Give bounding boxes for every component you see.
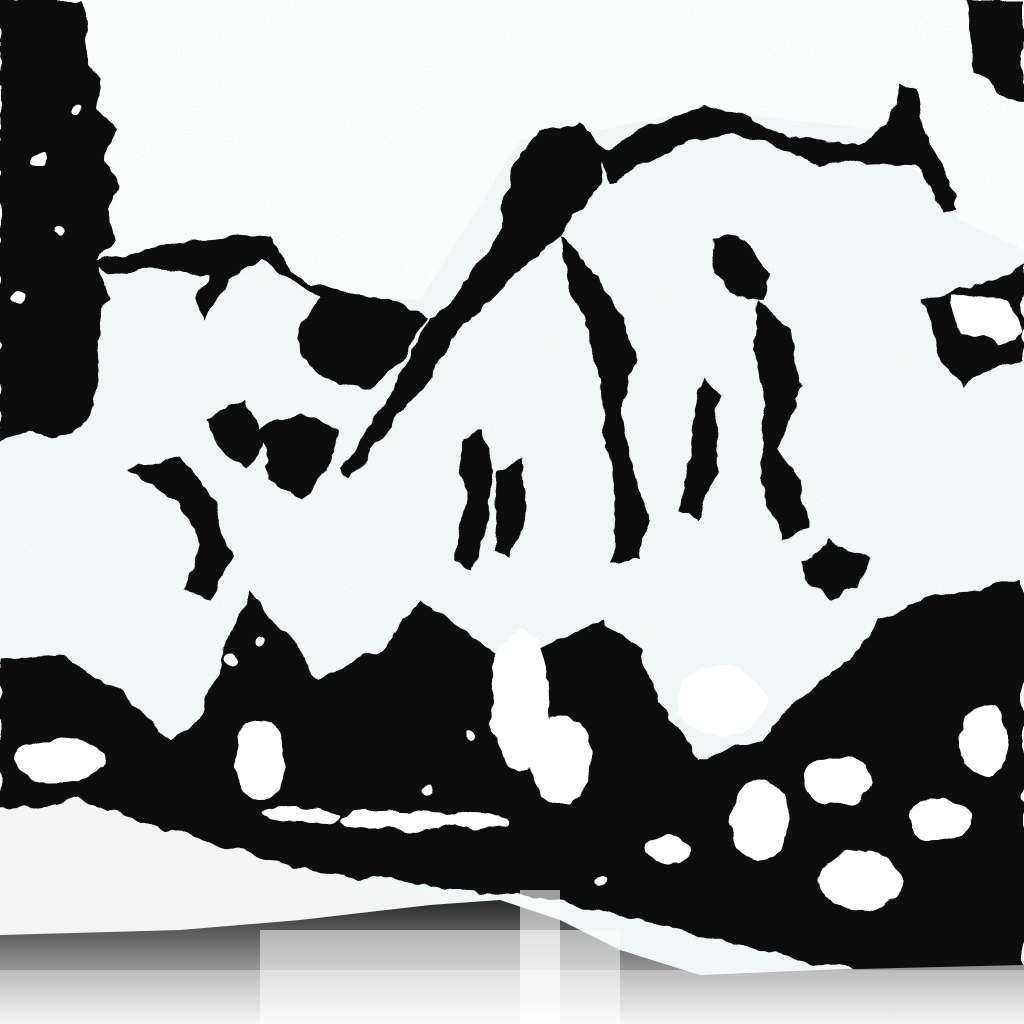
landscape-illustration (0, 0, 1024, 1024)
